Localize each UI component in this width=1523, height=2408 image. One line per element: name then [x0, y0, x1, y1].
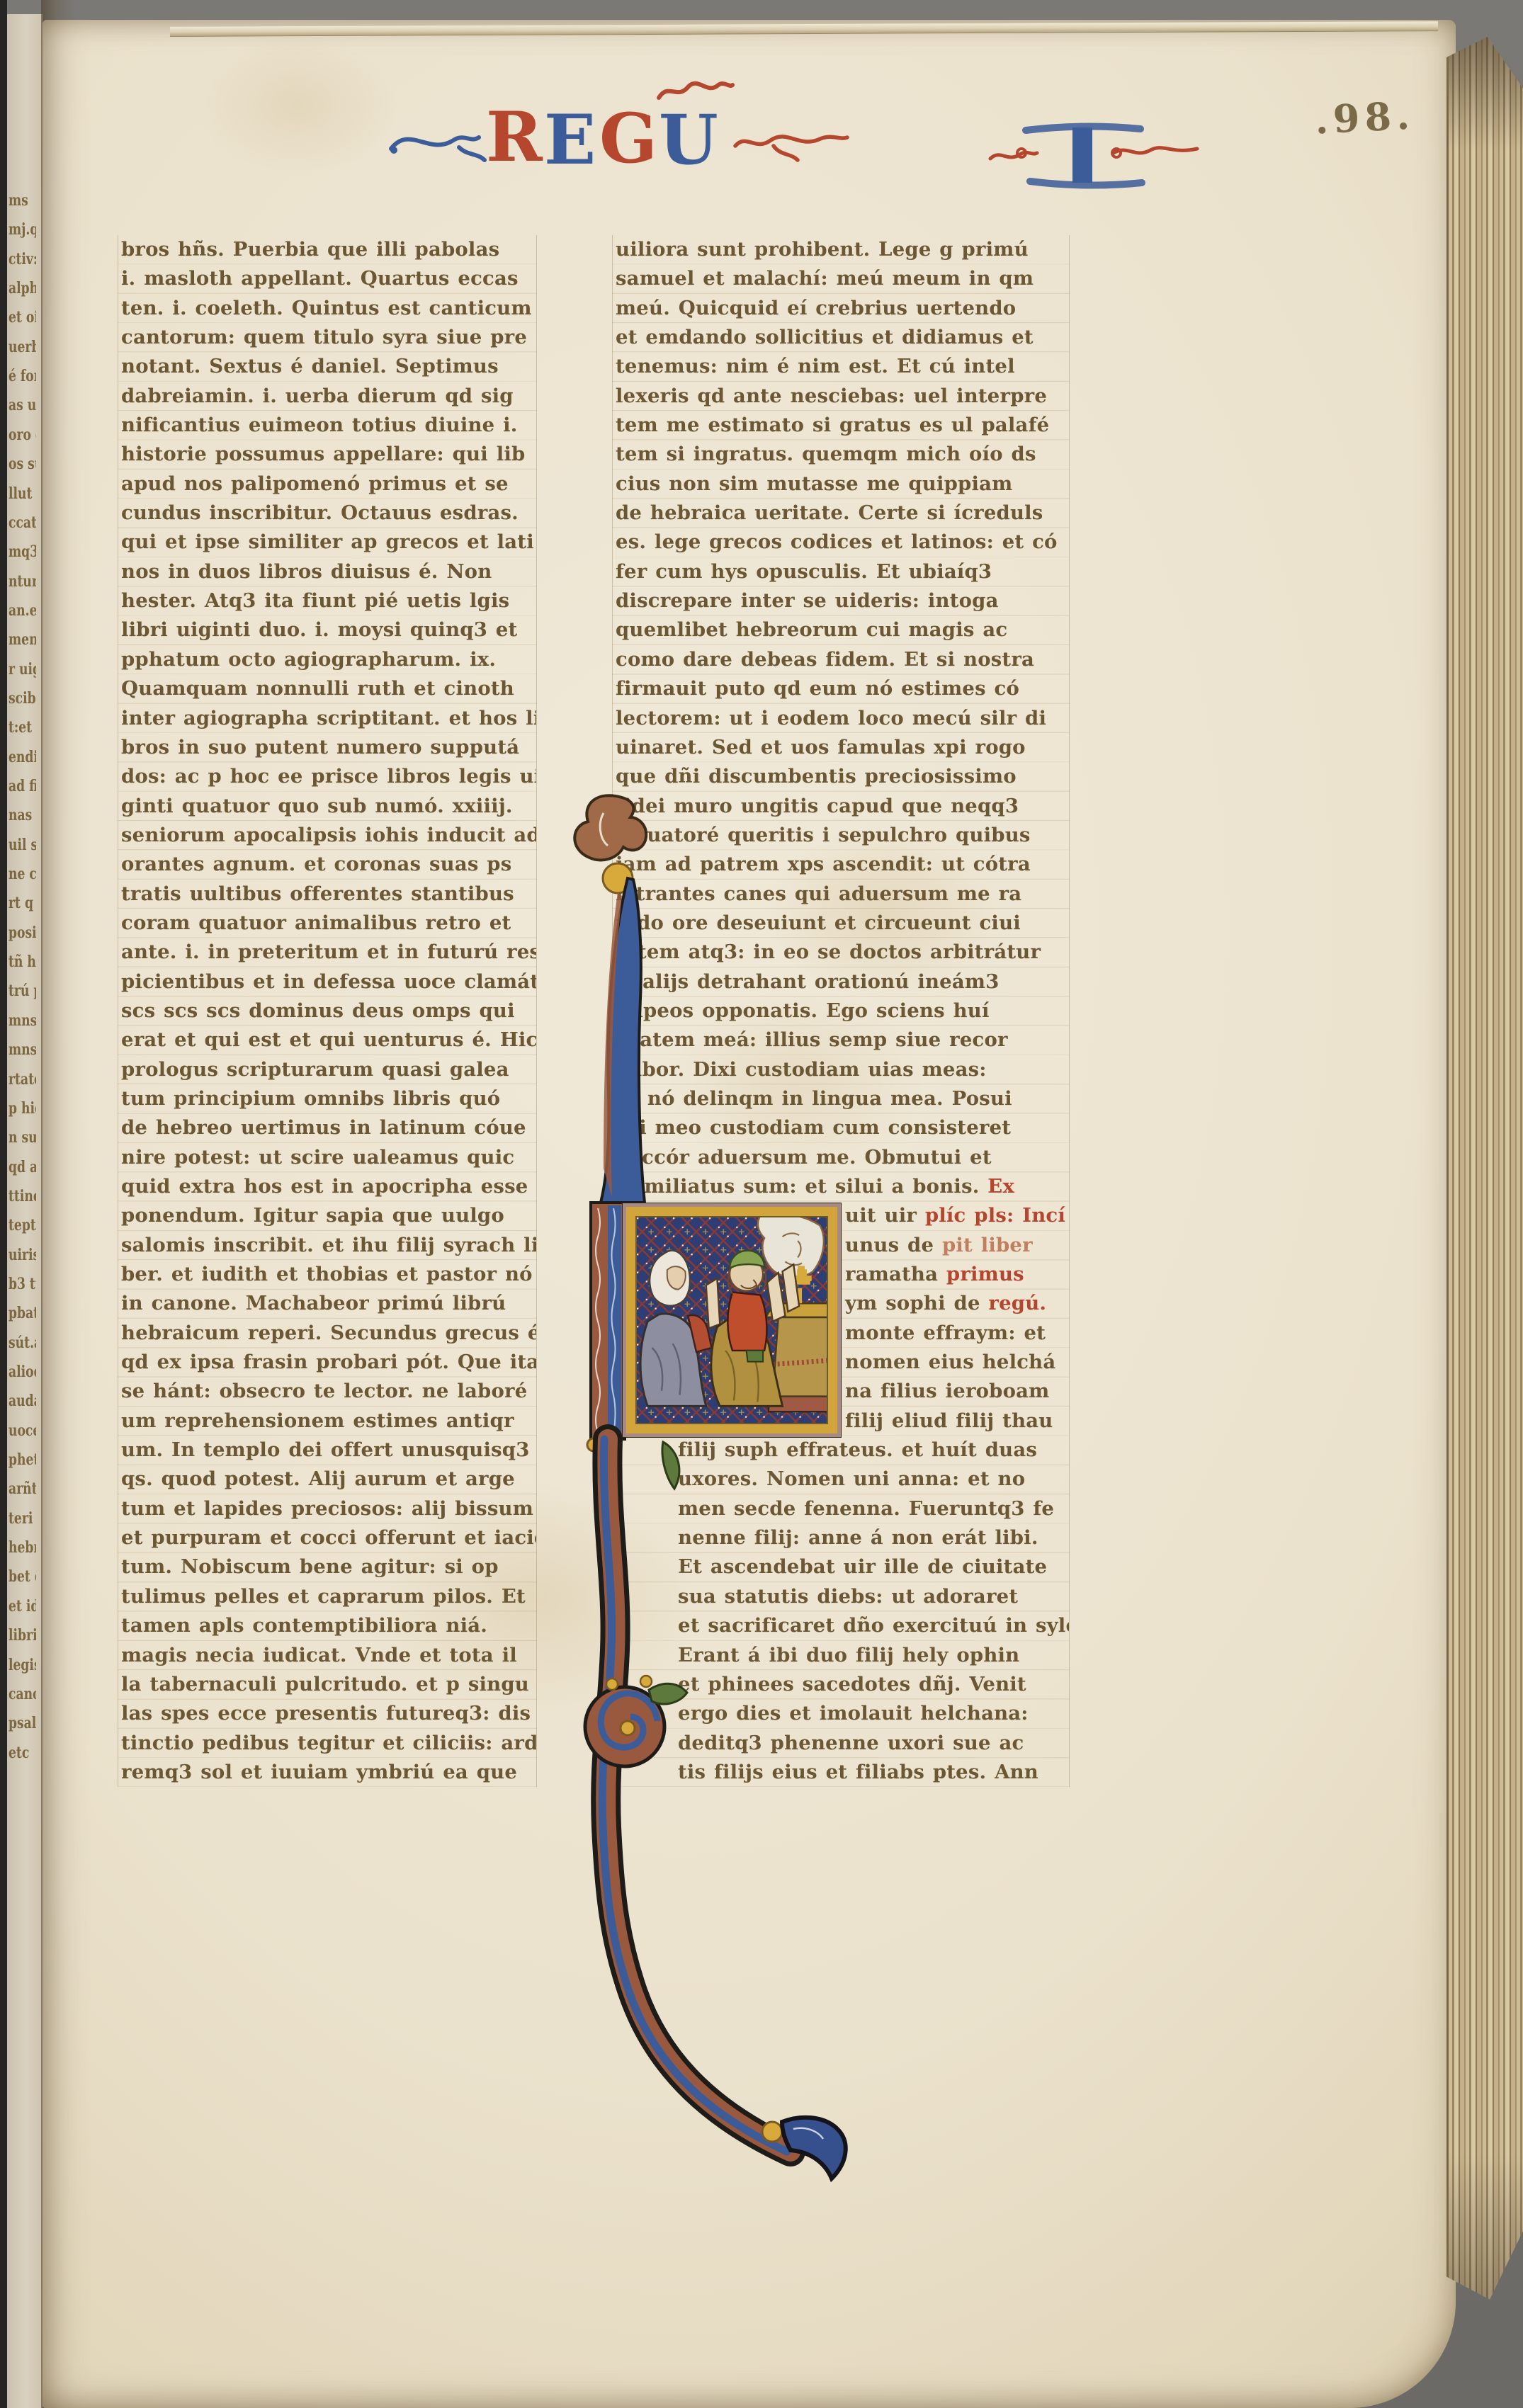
facing-page-text-fragment: pbat9 — [9, 1299, 36, 1328]
text-line: quemlibet hebreorum cui magis ac — [613, 615, 1069, 644]
text-line: hebraicum reperi. Secundus grecus é. — [118, 1319, 536, 1348]
facing-page-text-fragment: audat9 — [9, 1387, 36, 1416]
text-line: lexeris qd ante nesciebas: uel interpre — [613, 382, 1069, 411]
text-line: picientibus et in defessa uoce clamátibs… — [118, 967, 536, 996]
facing-page-text-fragment: tepts — [9, 1211, 36, 1240]
text-line: tem me estimato si gratus es ul palafé — [613, 411, 1069, 440]
text-line: cundus inscribitur. Octauus esdras. — [118, 499, 536, 528]
text-line: la tabernaculi pulcritudo. et p singu — [118, 1670, 536, 1699]
facing-page-text-fragment: uerbia a — [9, 333, 36, 362]
facing-page-text-fragment: as uel m — [9, 391, 36, 420]
facing-page-text-fragment: et idio — [9, 1592, 36, 1621]
text-line: coram quatuor animalibus retro et — [118, 909, 536, 938]
text-line: et emdando sollicitius et didiamus et — [613, 323, 1069, 352]
facing-page-text-fragment: ms — [9, 186, 36, 215]
text-line: dos: ac p hoc ee prisce libros legis ui — [118, 762, 536, 791]
text-line: tum principium omnibs libris quó — [118, 1084, 536, 1113]
penwork-flourish-right — [731, 125, 851, 164]
text-line: tum. Nobiscum bene agitur: si op — [118, 1552, 536, 1581]
facing-page-text-fragment: sút.aí — [9, 1329, 36, 1358]
text-line: qd ex ipsa frasin probari pót. Que ita — [118, 1348, 536, 1377]
text-line: unus de pit liber — [842, 1231, 1066, 1260]
facing-page-edge: msmj.quáctiv:táalphabet oio cauerbia aé … — [6, 14, 43, 2408]
gold-frame — [626, 1207, 837, 1433]
facing-page-text-fragment: os sunt — [9, 450, 36, 479]
facing-page-text-fragment: legis í — [9, 1651, 36, 1680]
text-line: monte effraym: et — [842, 1319, 1066, 1348]
text-column-left: bros hñs. Puerbia que illi pabolasi. mas… — [118, 235, 537, 1787]
folio-number: .98. — [1313, 92, 1415, 142]
facing-page-text-fragment: mns. — [9, 1006, 36, 1035]
text-line: discrepare inter se uideris: intoga — [613, 586, 1069, 615]
binding-edge — [0, 0, 7, 2408]
book-numeral-ornament — [985, 113, 1204, 193]
facing-page-text-fragment: pheta — [9, 1446, 36, 1475]
text-line: ante. i. in preteritum et in futurú res — [118, 938, 536, 967]
text-line: orantes agnum. et coronas suas ps — [118, 850, 536, 879]
facing-page-text-fragment: alphab — [9, 274, 36, 303]
running-title-letter: U — [659, 106, 718, 174]
facing-page-text-fragment: endi.m — [9, 743, 36, 772]
text-line: tenemus: nim é nim est. Et cú intel — [613, 352, 1069, 381]
text-line: um reprehensionem estimes antiqr — [118, 1407, 536, 1436]
text-line: scs scs scs dominus deus omps qui — [118, 996, 536, 1026]
text-line: prologus scripturarum quasi galea — [118, 1055, 536, 1084]
text-line: notant. Sextus é daniel. Septimus — [118, 352, 536, 381]
text-line: ginti quatuor quo sub numó. xxiiij. — [118, 792, 536, 821]
text-line: tem si ingratus. quemqm mich oío ds — [613, 440, 1069, 469]
text-line: ten. i. coeleth. Quintus est canticum — [118, 294, 536, 323]
facing-page-text-fragment: mj.quá — [9, 215, 36, 244]
text-line: nificantius euimeon totius diuine i. — [118, 411, 536, 440]
facing-page-text-fragment: p hier — [9, 1094, 36, 1123]
text-line: na filius ieroboam — [842, 1377, 1066, 1406]
fore-edge-page-stack — [1446, 37, 1523, 2313]
text-line: nomen eius helchá — [842, 1348, 1066, 1377]
running-title-letter: G — [599, 105, 657, 173]
text-line: cius non sim mutasse me quippiam — [613, 470, 1069, 499]
text-line: firmauit puto qd eum nó estimes có — [613, 674, 1069, 703]
facing-page-text-fragment: psalmí — [9, 1709, 36, 1738]
facing-page-text-fragment: mentat — [9, 625, 36, 654]
facing-page-text-fragment: ad finé — [9, 772, 36, 801]
facing-page-text-fragment: rt q nó — [9, 889, 36, 918]
facing-page-text-fragment: positió — [9, 919, 36, 948]
text-line: ym sophi de regú. — [842, 1289, 1066, 1318]
facing-page-text-fragment: uil snt — [9, 831, 36, 860]
facing-page-text-fragment: n sudo — [9, 1123, 36, 1152]
book-numeral-group: I — [985, 113, 1204, 193]
facing-page-text-fragment: scibim9 — [9, 684, 36, 713]
text-line: salomis inscribit. et ihu filij syrach l… — [118, 1231, 536, 1260]
running-title-letter: E — [544, 106, 596, 174]
facing-page-text-fragment: ntur:sa — [9, 567, 36, 596]
text-line: magis necia iudicat. Vnde et tota il — [118, 1641, 536, 1670]
text-line: uiliora sunt prohibent. Lege g primú — [613, 235, 1069, 264]
text-line: ramatha primus — [842, 1260, 1066, 1289]
text-line: filij eliud filij thau — [842, 1407, 1066, 1436]
text-line: de hebreo uertimus in latinum cóue — [118, 1113, 536, 1142]
text-line: pphatum octo agiographarum. ix. — [118, 645, 536, 674]
text-line: tinctio pedibus tegitur et ciliciis: ard… — [118, 1729, 536, 1758]
text-line: meú. Quicquid eí crebrius uertendo — [613, 294, 1069, 323]
facing-page-text-fragment: bet eso — [9, 1562, 36, 1591]
facing-page-text-fragment: arñt ce — [9, 1475, 36, 1504]
text-line: tum et lapides preciosos: alij bissum — [118, 1494, 536, 1523]
text-line: cantorum: quem titulo syra siue pre — [118, 323, 536, 352]
facing-page-text-fragment: uiris q — [9, 1241, 36, 1270]
text-line: quid extra hos est in apocripha esse — [118, 1172, 536, 1201]
text-line: las spes ecce presentis futureq3: dis — [118, 1699, 536, 1728]
text-line: qui et ipse similiter ap grecos et lati — [118, 528, 536, 557]
text-line: qs. quod potest. Alij aurum et arge — [118, 1465, 536, 1494]
facing-page-text-fragment: et oio ca — [9, 303, 36, 332]
text-line: inter agiographa scriptitant. et hos li — [118, 704, 536, 733]
text-line: seniorum apocalipsis iohis inducit ad — [118, 821, 536, 850]
text-line: nire potest: ut scire ualeamus quic — [118, 1143, 536, 1172]
facing-page-text-fragment: é forté — [9, 362, 36, 391]
text-line: se hánt: obsecro te lector. ne laboré me — [118, 1377, 536, 1406]
facing-page-text-fragment: mq3 áp — [9, 538, 36, 567]
facing-page-text-fragment: rtatem — [9, 1065, 36, 1094]
text-line: tulimus pelles et caprarum pilos. Et — [118, 1582, 536, 1611]
text-line: samuel et malachí: meú meum in qm — [613, 264, 1069, 293]
u-macron-flourish — [656, 79, 735, 103]
facing-page-text-fragment: canoné — [9, 1680, 36, 1709]
text-line: um. In templo dei offert unusquisq3 — [118, 1436, 536, 1465]
facing-page-text-fragment: tñ hec — [9, 948, 36, 977]
text-line: como dare debeas fidem. Et si nostra — [613, 645, 1069, 674]
text-line: ponendum. Igitur sapia que uulgo — [118, 1201, 536, 1230]
text-line: es. lege grecos codices et latinos: et c… — [613, 528, 1069, 557]
facing-page-text-fragment: nas att — [9, 801, 36, 830]
text-line: remq3 sol et iuuiam ymbriú ea que — [118, 1758, 536, 1787]
facing-page-text-fragment: llut ei so — [9, 479, 36, 509]
miniature-panel — [622, 1203, 842, 1438]
text-line: dabreiamin. i. uerba dierum qd sig — [118, 382, 536, 411]
text-line: i. masloth appellant. Quartus eccas — [118, 264, 536, 293]
manuscript-photo: msmj.quáctiv:táalphabet oio cauerbia aé … — [0, 0, 1523, 2408]
text-line: historie possumus appellare: qui lib — [118, 440, 536, 469]
facing-page-text-fragment: r uigint — [9, 655, 36, 684]
text-line: tamen apls contemptibiliora niá. — [118, 1611, 536, 1640]
underlying-page-edge — [170, 21, 1438, 37]
facing-page-text-fragment: etc — [9, 1739, 36, 1768]
penwork-flourish-left — [388, 119, 494, 169]
text-line: tratis uultibus offerentes stantibus — [118, 880, 536, 909]
facing-page-text-fragment: alioqn — [9, 1358, 36, 1387]
facing-page-text-fragment: t:et cor — [9, 713, 36, 742]
text-line: bros in suo putent numero supputá — [118, 733, 536, 762]
text-line: nos in duos libros diuisus é. Non — [118, 557, 536, 586]
facing-page-text-fragment: an.esdr — [9, 596, 36, 625]
text-line: libri uiginti duo. i. moysi quinq3 et — [118, 615, 536, 644]
text-line: erat et qui est et qui uenturus é. Hic — [118, 1026, 536, 1055]
text-line: lectorem: ut i eodem loco mecú silr di — [613, 704, 1069, 733]
text-line: et purpuram et cocci offerunt et iacic — [118, 1523, 536, 1552]
facing-page-text-fragment: teri iní — [9, 1504, 36, 1533]
text-line: apud nos palipomenó primus et se — [118, 470, 536, 499]
facing-page-text-fragment: ttinet — [9, 1182, 36, 1211]
facing-page-text-fragment: mns ui — [9, 1035, 36, 1064]
text-line: in canone. Machabeor primú librú — [118, 1289, 536, 1318]
facing-page-text-fragment: hebreis — [9, 1533, 36, 1562]
facing-page-text-fragment: ccatesq — [9, 509, 36, 538]
facing-page-text-fragment: ctiv:tá — [9, 245, 36, 274]
text-line: Quamquam nonnulli ruth et cinoth — [118, 674, 536, 703]
facing-page-text-fragment: libris — [9, 1621, 36, 1650]
facing-page-text-fragment: b3 ture — [9, 1270, 36, 1299]
text-line: bros hñs. Puerbia que illi pabolas — [118, 235, 536, 264]
text-line: de hebraica ueritate. Certe si ícreduls — [613, 499, 1069, 528]
illuminated-initial-f — [538, 772, 864, 2231]
facing-page-text-fragment: qd a9 — [9, 1153, 36, 1182]
facing-page-text-fragment: oro quí — [9, 421, 36, 450]
facing-page-text-fragment: uoce la — [9, 1416, 36, 1446]
text-line: uinaret. Sed et uos famulas xpi rogo — [613, 733, 1069, 762]
facing-page-text-fragment: trú ppé — [9, 977, 36, 1006]
text-line: uit uir plíc pls: Incí — [842, 1201, 1066, 1230]
text-line: hester. Atq3 ita fiunt pié uetis lgis — [118, 586, 536, 615]
text-line: ber. et iudith et thobias et pastor nó s… — [118, 1260, 536, 1289]
facing-page-text-fragment: ne canó — [9, 860, 36, 889]
text-line: fer cum hys opusculis. Et ubiaíq3 — [613, 557, 1069, 586]
